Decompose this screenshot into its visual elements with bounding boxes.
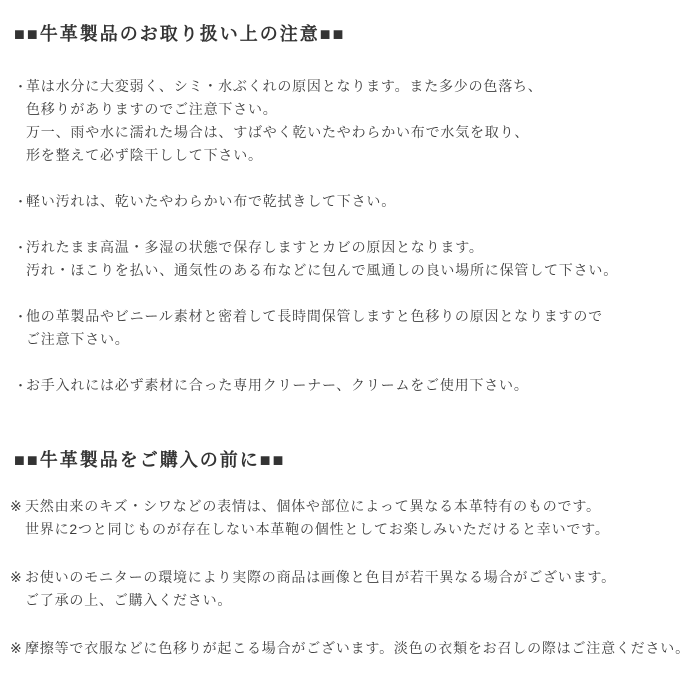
handling-item-light-dirt: ・ 軽い汚れは、乾いたやわらかい布で乾拭きして下さい。 (14, 190, 696, 213)
handling-item-water: ・ 革は水分に大変弱く、シミ・水ぶくれの原因となります。また多少の色落ち、 色移… (14, 75, 696, 167)
note-friction-transfer: ※ 摩擦等で衣服などに色移りが起こる場合がございます。淡色の衣類をお召しの際はご… (10, 637, 696, 660)
reference-mark-icon: ※ (10, 637, 25, 660)
note-line: 天然由来のキズ・シワなどの表情は、個体や部位によって異なる本革特有のものです。 (25, 495, 696, 518)
note-line: 世界に2つと同じものが存在しない本革鞄の個性としてお楽しみいただけると幸いです。 (25, 518, 696, 541)
bullet-icon: ・ (14, 374, 26, 397)
handling-item-cleaner: ・ お手入れには必ず素材に合った専用クリーナー、クリームをご使用下さい。 (14, 374, 696, 397)
handling-item-line: 他の革製品やビニール素材と密着して長時間保管しますと色移りの原因となりますので (26, 305, 696, 328)
handling-section: ■■牛革製品のお取り扱い上の注意■■ ・ 革は水分に大変弱く、シミ・水ぶくれの原… (14, 24, 696, 397)
handling-item-line: 色移りがありますのでご注意下さい。 (26, 98, 696, 121)
bullet-icon: ・ (14, 75, 26, 98)
note-text: 天然由来のキズ・シワなどの表情は、個体や部位によって異なる本革特有のものです。 … (25, 495, 696, 541)
note-monitor-color: ※ お使いのモニターの環境により実際の商品は画像と色目が若干異なる場合がございま… (10, 566, 696, 612)
handling-heading: ■■牛革製品のお取り扱い上の注意■■ (14, 24, 696, 44)
purchase-notes: ※ 天然由来のキズ・シワなどの表情は、個体や部位によって異なる本革特有のものです… (14, 495, 696, 660)
care-instructions-page: ■■牛革製品のお取り扱い上の注意■■ ・ 革は水分に大変弱く、シミ・水ぶくれの原… (0, 0, 700, 700)
purchase-heading: ■■牛革製品をご購入の前に■■ (14, 450, 696, 470)
handling-item-text: 他の革製品やビニール素材と密着して長時間保管しますと色移りの原因となりますので … (26, 305, 696, 351)
handling-item-text: お手入れには必ず素材に合った専用クリーナー、クリームをご使用下さい。 (26, 374, 696, 397)
handling-item-text: 革は水分に大変弱く、シミ・水ぶくれの原因となります。また多少の色落ち、 色移りが… (26, 75, 696, 167)
handling-item-line: ご注意下さい。 (26, 328, 696, 351)
handling-item-text: 汚れたまま高温・多湿の状態で保存しますとカビの原因となります。 汚れ・ほこりを払… (26, 236, 696, 282)
handling-item-line: お手入れには必ず素材に合った専用クリーナー、クリームをご使用下さい。 (26, 374, 696, 397)
note-line: 摩擦等で衣服などに色移りが起こる場合がございます。淡色の衣類をお召しの際はご注意… (25, 637, 696, 660)
handling-item-line: 汚れ・ほこりを払い、通気性のある布などに包んで風通しの良い場所に保管して下さい。 (26, 259, 696, 282)
handling-item-line: 革は水分に大変弱く、シミ・水ぶくれの原因となります。また多少の色落ち、 (26, 75, 696, 98)
note-line: お使いのモニターの環境により実際の商品は画像と色目が若干異なる場合がございます。 (25, 566, 696, 589)
handling-item-line: 万一、雨や水に濡れた場合は、すばやく乾いたやわらかい布で水気を取り、 (26, 121, 696, 144)
bullet-icon: ・ (14, 305, 26, 328)
note-line: ご了承の上、ご購入ください。 (25, 589, 696, 612)
note-text: 摩擦等で衣服などに色移りが起こる場合がございます。淡色の衣類をお召しの際はご注意… (25, 637, 696, 660)
handling-item-color-transfer: ・ 他の革製品やビニール素材と密着して長時間保管しますと色移りの原因となりますの… (14, 305, 696, 351)
handling-item-line: 汚れたまま高温・多湿の状態で保存しますとカビの原因となります。 (26, 236, 696, 259)
purchase-section: ■■牛革製品をご購入の前に■■ ※ 天然由来のキズ・シワなどの表情は、個体や部位… (14, 450, 696, 660)
reference-mark-icon: ※ (10, 566, 25, 589)
handling-item-storage-mold: ・ 汚れたまま高温・多湿の状態で保存しますとカビの原因となります。 汚れ・ほこり… (14, 236, 696, 282)
handling-item-line: 軽い汚れは、乾いたやわらかい布で乾拭きして下さい。 (26, 190, 696, 213)
handling-list: ・ 革は水分に大変弱く、シミ・水ぶくれの原因となります。また多少の色落ち、 色移… (14, 75, 696, 397)
reference-mark-icon: ※ (10, 495, 25, 518)
bullet-icon: ・ (14, 236, 26, 259)
note-natural-texture: ※ 天然由来のキズ・シワなどの表情は、個体や部位によって異なる本革特有のものです… (10, 495, 696, 541)
bullet-icon: ・ (14, 190, 26, 213)
handling-item-line: 形を整えて必ず陰干しして下さい。 (26, 144, 696, 167)
handling-item-text: 軽い汚れは、乾いたやわらかい布で乾拭きして下さい。 (26, 190, 696, 213)
note-text: お使いのモニターの環境により実際の商品は画像と色目が若干異なる場合がございます。… (25, 566, 696, 612)
